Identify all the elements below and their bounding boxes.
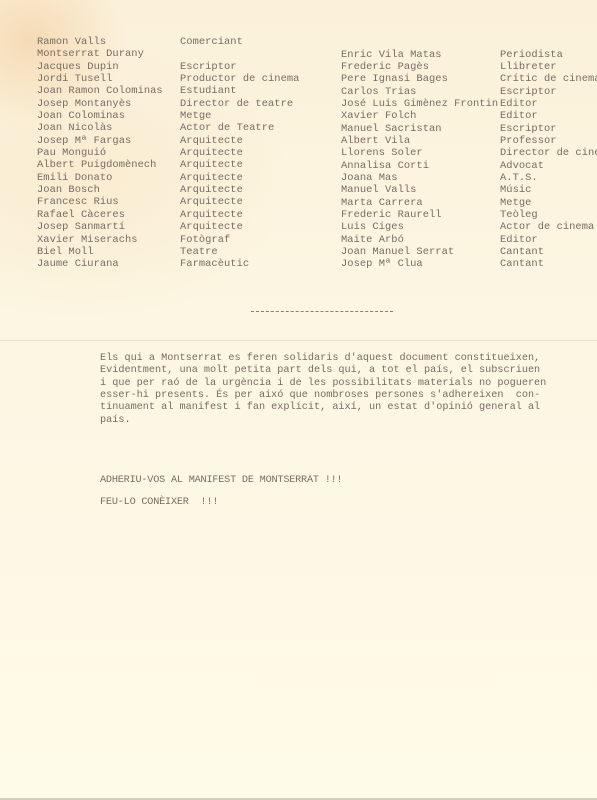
right-signatory-names: Enric Vila MatasFrederic PagèsPere Ignas… bbox=[341, 49, 498, 271]
signatory-role bbox=[180, 48, 299, 60]
signatory-name: Joan Ramon Colominas bbox=[37, 85, 163, 97]
signatory-role: Editor bbox=[500, 110, 597, 122]
signatory-role: Fotògraf bbox=[180, 234, 299, 246]
signatory-role: Actor de cinema bbox=[500, 221, 597, 233]
paragraph-line: país. bbox=[100, 415, 570, 427]
signatory-name: Josep Sanmartí bbox=[37, 221, 163, 233]
signatory-name: Francesc Rius bbox=[37, 196, 163, 208]
signatory-name: Joan Nicolàs bbox=[37, 122, 163, 134]
signatory-name: Manuel Sacristan bbox=[341, 123, 498, 135]
signatory-name: Frederic Raurell bbox=[341, 209, 498, 221]
signatory-role: Advocat bbox=[500, 160, 597, 172]
manifesto-paragraph: Els qui a Montserrat es feren solidaris … bbox=[100, 353, 570, 427]
signatory-name: Jaume Ciurana bbox=[37, 258, 163, 270]
signatory-name: Carlos Trias bbox=[341, 86, 498, 98]
signatory-role: Músic bbox=[500, 184, 597, 196]
signatory-name: Maite Arbó bbox=[341, 234, 498, 246]
paragraph-line: i que per raó de la urgència i de les po… bbox=[100, 378, 570, 390]
paragraph-line: esser-hi presents. És per aixó que nombr… bbox=[100, 390, 570, 402]
signatory-role: Arquitecte bbox=[180, 147, 299, 159]
signatory-role: Cantant bbox=[500, 246, 597, 258]
signatory-role: Cantant bbox=[500, 258, 597, 270]
signatory-name: Llorens Soler bbox=[341, 147, 498, 159]
signatory-name: Josep Mª Clua bbox=[341, 258, 498, 270]
right-signatory-roles: PeriodistaLlibreterCrític de cinemaEscri… bbox=[500, 49, 597, 271]
signatory-role: Arquitecte bbox=[180, 184, 299, 196]
signatory-role: Teatre bbox=[180, 246, 299, 258]
signatory-name: Luis Ciges bbox=[341, 221, 498, 233]
signatory-name: José Luis Gimènez Frontin bbox=[341, 98, 498, 110]
left-signatory-roles: ComerciantEscriptorProductor de cinemaEs… bbox=[180, 36, 299, 271]
typed-document-page: Ramon VallsMontserrat DuranyJacques Dupi… bbox=[0, 0, 597, 800]
signatory-name: Marta Carrera bbox=[341, 197, 498, 209]
signatory-name: Jacques Dupin bbox=[37, 61, 163, 73]
signatory-role: Arquitecte bbox=[180, 159, 299, 171]
signatory-name: Montserrat Durany bbox=[37, 48, 163, 60]
signatory-role: Arquitecte bbox=[180, 221, 299, 233]
signatory-name: Joan Bosch bbox=[37, 184, 163, 196]
signatory-role: Metge bbox=[500, 197, 597, 209]
signatory-name: Albert Puigdomènech bbox=[37, 159, 163, 171]
signatory-name: Jordi Tusell bbox=[37, 73, 163, 85]
signatory-role: Comerciant bbox=[180, 36, 299, 48]
signatory-name: Xavier Miserachs bbox=[37, 234, 163, 246]
signatory-role: Arquitecte bbox=[180, 209, 299, 221]
signatory-role: Escriptor bbox=[500, 123, 597, 135]
signatory-name: Enric Vila Matas bbox=[341, 49, 498, 61]
signatory-name: Emili Donato bbox=[37, 172, 163, 184]
signatory-name: Xavier Folch bbox=[341, 110, 498, 122]
paper-fold-line bbox=[0, 340, 597, 341]
signatory-name: Pere Ignasi Bages bbox=[341, 73, 498, 85]
signatory-role: Estudiant bbox=[180, 85, 299, 97]
left-signatory-names: Ramon VallsMontserrat DuranyJacques Dupi… bbox=[37, 36, 163, 271]
signatory-name: Ramon Valls bbox=[37, 36, 163, 48]
signatory-role: Escriptor bbox=[180, 61, 299, 73]
signatory-name: Frederic Pagès bbox=[341, 61, 498, 73]
signatory-role: Director de cine bbox=[500, 147, 597, 159]
signatory-name: Joana Mas bbox=[341, 172, 498, 184]
signatory-name: Manuel Valls bbox=[341, 184, 498, 196]
section-divider bbox=[251, 311, 393, 312]
signatory-role: Arquitecte bbox=[180, 135, 299, 147]
signatory-name: Joan Colominas bbox=[37, 110, 163, 122]
signatory-name: Pau Monguió bbox=[37, 147, 163, 159]
signatory-role: Periodista bbox=[500, 49, 597, 61]
signatory-name: Joan Manuel Serrat bbox=[341, 246, 498, 258]
signatory-role: Arquitecte bbox=[180, 196, 299, 208]
signatory-role: Farmacèutic bbox=[180, 258, 299, 270]
signatory-role: Actor de Teatre bbox=[180, 122, 299, 134]
signatory-role: Editor bbox=[500, 234, 597, 246]
signatory-role: Productor de cinema bbox=[180, 73, 299, 85]
signatory-name: Josep Montanyès bbox=[37, 98, 163, 110]
signatory-role: Professor bbox=[500, 135, 597, 147]
signatory-role: Llibreter bbox=[500, 61, 597, 73]
signatory-role: Crític de cinema bbox=[500, 73, 597, 85]
signatory-role: Teòleg bbox=[500, 209, 597, 221]
signatory-name: Biel Moll bbox=[37, 246, 163, 258]
slogan-spread: FEU-LO CONÈIXER !!! bbox=[100, 497, 218, 508]
signatory-role: Director de teatre bbox=[180, 98, 299, 110]
signatory-name: Annalisa Corti bbox=[341, 160, 498, 172]
paragraph-line: Evidentment, una molt petita part dels q… bbox=[100, 365, 570, 377]
signatory-name: Albert Vila bbox=[341, 135, 498, 147]
signatory-role: Arquitecte bbox=[180, 172, 299, 184]
signatory-role: Editor bbox=[500, 98, 597, 110]
paragraph-line: Els qui a Montserrat es feren solidaris … bbox=[100, 353, 570, 365]
signatory-role: Metge bbox=[180, 110, 299, 122]
slogan-adhere: ADHERIU-VOS AL MANIFEST DE MONTSERRAT !!… bbox=[100, 475, 342, 486]
paragraph-line: tinuament al manifest i fan explícit, ai… bbox=[100, 402, 570, 414]
signatory-name: Rafael Càceres bbox=[37, 209, 163, 221]
signatory-role: Escriptor bbox=[500, 86, 597, 98]
signatory-role: A.T.S. bbox=[500, 172, 597, 184]
signatory-name: Josep Mª Fargas bbox=[37, 135, 163, 147]
